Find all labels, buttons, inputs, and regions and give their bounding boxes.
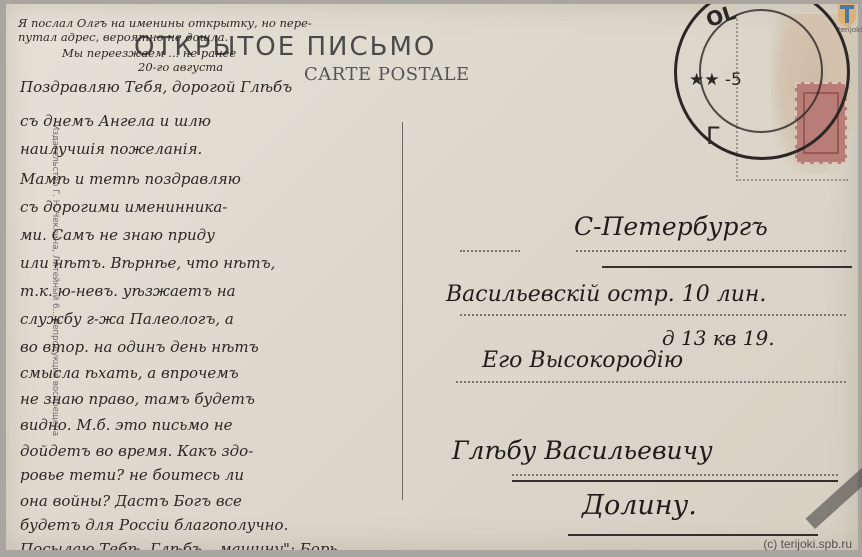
message-line: Посылаю Тебѣ, Глѣбъ, „машину": Борь — [20, 540, 338, 550]
city-underline — [602, 266, 852, 268]
surname-underline — [568, 534, 818, 536]
address-honorific: Его Высокородію — [482, 348, 683, 373]
copyright-watermark: (c) terijoki.spb.ru — [763, 537, 852, 551]
addressee-surname: Долину. — [582, 490, 697, 521]
message-line: службу г-жа Палеологъ, а — [20, 310, 234, 328]
site-logo-icon — [836, 2, 858, 28]
message-line: она войны? Дастъ Богъ все — [20, 492, 242, 510]
message-line: Я послал Олгъ на именины открытку, но пе… — [18, 16, 312, 30]
address-dotted-line — [456, 381, 846, 383]
addressee-name: Глѣбу Васильевичу — [452, 436, 713, 465]
address-dotted-line — [460, 250, 520, 252]
message-line: съ дорогими именинника- — [20, 198, 227, 216]
message-line: видно. М.б. это письмо не — [20, 416, 232, 434]
message-line: не знаю право, тамъ будетъ — [20, 390, 255, 408]
address-dotted-line — [512, 474, 838, 476]
message-line: Мамѣ и тетѣ поздравляю — [20, 170, 241, 188]
name-underline — [512, 480, 838, 482]
site-logo-text: terijoki.spb.ru — [838, 26, 862, 34]
center-divider — [402, 122, 403, 500]
message-line: ми. Самъ не знаю приду — [20, 226, 215, 244]
message-line: Мы переезжаем ... не ранее — [62, 46, 236, 60]
message-line: смысла ѣхать, а впрочемъ — [20, 364, 239, 382]
message-line: съ днемъ Ангела и шлю — [20, 112, 211, 130]
message-line: Поздравляю Тебя, дорогой Глѣбъ — [20, 78, 292, 96]
address-house: д 13 кв 19. — [662, 326, 775, 350]
message-line: или нѣтъ. Вѣрнѣе, что нѣтъ, — [20, 254, 275, 272]
message-line: 20-го августа — [138, 60, 223, 74]
message-line: дойдетъ во время. Какъ здо- — [20, 442, 253, 460]
postmark-letter: Г — [706, 122, 721, 150]
address-dotted-line — [576, 250, 846, 252]
message-line: т.к. ю-невъ. уѣзжаетъ на — [20, 282, 236, 300]
message-line: наилучшія пожеланія. — [20, 140, 202, 158]
postmark-date: ★★ -5 — [689, 70, 742, 90]
message-line: во втор. на одинъ день нѣтъ — [20, 338, 259, 356]
address-street: Васильевскій остр. 10 лин. — [446, 282, 766, 307]
message-line: ровье тети? не боитесь ли — [20, 466, 244, 484]
postcard-back: ОТКРЫТОЕ ПИСЬМО CARTE POSTALE Издательст… — [6, 4, 858, 550]
address-city: С-Петербургъ — [574, 212, 768, 241]
postcard-header-french: CARTE POSTALE — [304, 64, 470, 85]
address-dotted-line — [460, 314, 846, 316]
message-line: путал адрес, вероятно не дошла. — [18, 30, 228, 44]
message-line: будетъ для Россіи благополучно. — [20, 516, 288, 534]
